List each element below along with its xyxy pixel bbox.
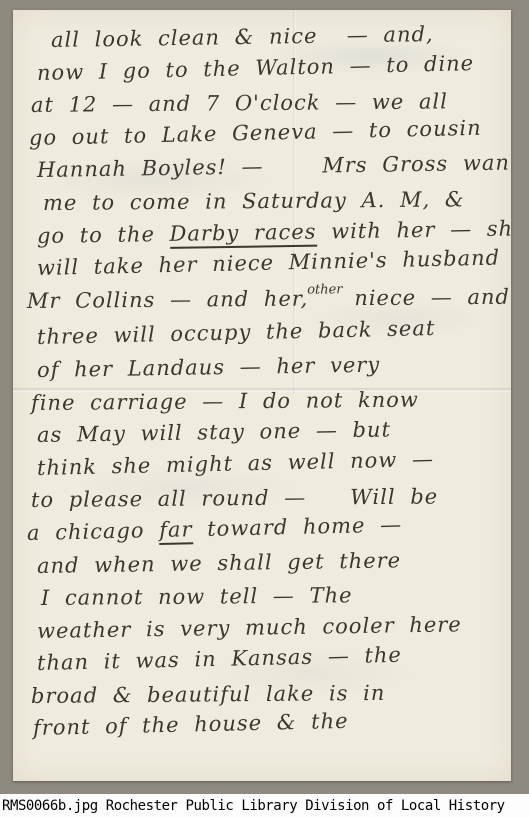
letter-body: all look clean & nice — and,now I go to … xyxy=(13,10,511,781)
letter-text: than it was in Kansas — the xyxy=(37,643,402,675)
letter-text: broad & beautiful lake is in xyxy=(31,681,386,708)
letter-text: with her — she xyxy=(316,216,511,243)
letter-line: of her Landaus — her very xyxy=(37,347,507,387)
letter-text: of her Landaus — her very xyxy=(37,353,381,382)
underlined-phrase: Darby races xyxy=(169,219,316,248)
letter-text: now I go to the Walton — to dine xyxy=(37,51,475,85)
letter-text: as May will stay one — but xyxy=(37,418,391,448)
letter-text: three will occupy the back seat xyxy=(37,316,436,349)
letter-text: toward home — xyxy=(192,512,402,541)
letter-text: think she might as well now — xyxy=(37,447,434,480)
letter-text: Hannah Boyles! — Mrs Gross wants xyxy=(37,151,511,183)
letter-text: Mr Collins — and her, xyxy=(27,286,308,312)
scan-viewer: all look clean & nice — and,now I go to … xyxy=(0,0,529,818)
letter-text: fine carriage — I do not know xyxy=(31,387,419,414)
letter-text: front of the house & the xyxy=(33,709,349,740)
letter-text: me to come in Saturday A. M, & xyxy=(43,187,465,215)
letter-text: and when we shall get there xyxy=(37,548,401,578)
letter-page-scan: all look clean & nice — and,now I go to … xyxy=(13,10,511,781)
inserted-word: other xyxy=(307,274,343,307)
letter-line: and when we shall get there xyxy=(37,542,507,582)
caption-bar: RMS0066b.jpg Rochester Public Library Di… xyxy=(0,794,529,818)
letter-text: go to the xyxy=(37,221,170,247)
letter-line: Hannah Boyles! — Mrs Gross wants xyxy=(37,147,507,187)
caption-text: RMS0066b.jpg Rochester Public Library Di… xyxy=(0,798,505,814)
letter-text: niece — and we xyxy=(339,284,511,310)
letter-text: will take her niece Minnie's husband — xyxy=(37,245,511,280)
letter-text: go out to Lake Geneva — to cousin xyxy=(29,116,482,150)
letter-text: I cannot now tell — The xyxy=(41,583,353,610)
letter-text: a chicago xyxy=(27,518,160,545)
letter-text: all look clean & nice — and, xyxy=(51,22,434,52)
underlined-phrase: far xyxy=(159,517,193,545)
